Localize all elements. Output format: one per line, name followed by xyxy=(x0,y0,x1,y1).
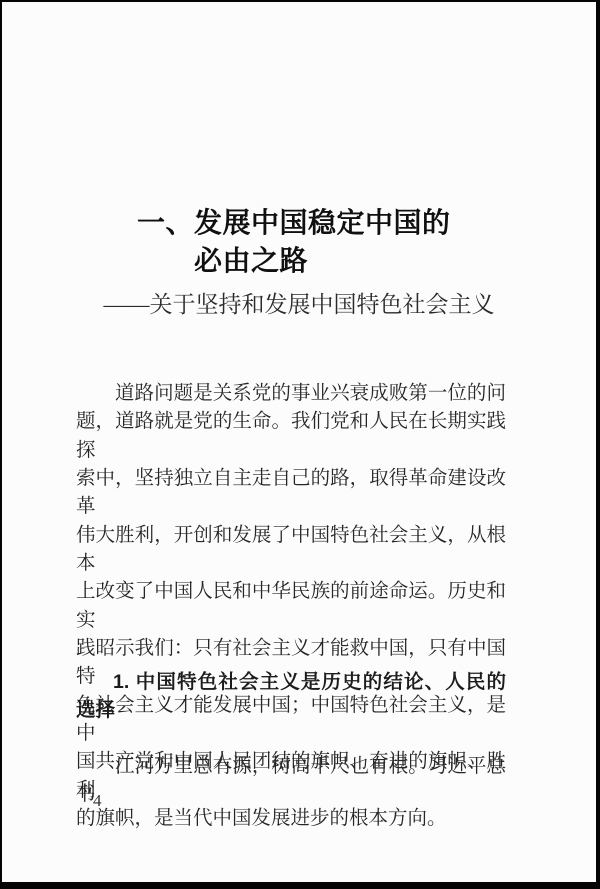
paragraph-1-line: 索中，坚持独立自主走自己的路，取得革命建设改革 xyxy=(76,465,506,522)
section-heading-line2: 选择 xyxy=(76,696,506,724)
paragraph-1-line: 上改变了中国人民和中华民族的前途命运。历史和实 xyxy=(76,578,506,635)
paragraph-2: 江河万里总有源，树高千尺也有根。习近平总书 xyxy=(76,753,506,810)
chapter-title: 一、发展中国稳定中国的 必由之路 xyxy=(137,205,451,281)
paragraph-1-line: 伟大胜利，开创和发展了中国特色社会主义，从根本 xyxy=(76,522,506,579)
paragraph-1-line: 题，道路就是党的生命。我们党和人民在长期实践探 xyxy=(76,408,506,465)
chapter-title-line2: 必由之路 xyxy=(194,243,451,281)
section-heading-line1: 1. 中国特色社会主义是历史的结论、人民的 xyxy=(76,668,506,696)
book-page: 一、发展中国稳定中国的 必由之路 ——关于坚持和发展中国特色社会主义 道路问题是… xyxy=(2,2,596,882)
section-heading: 1. 中国特色社会主义是历史的结论、人民的 选择 xyxy=(76,668,506,724)
paragraph-2-line: 江河万里总有源，树高千尺也有根。习近平总书 xyxy=(76,753,506,810)
paragraph-1-line: 道路问题是关系党的事业兴衰成败第一位的问 xyxy=(76,380,506,408)
chapter-title-line1: 一、发展中国稳定中国的 xyxy=(137,205,451,243)
page-number: 4 xyxy=(93,791,102,811)
chapter-subtitle: ——关于坚持和发展中国特色社会主义 xyxy=(2,286,596,319)
